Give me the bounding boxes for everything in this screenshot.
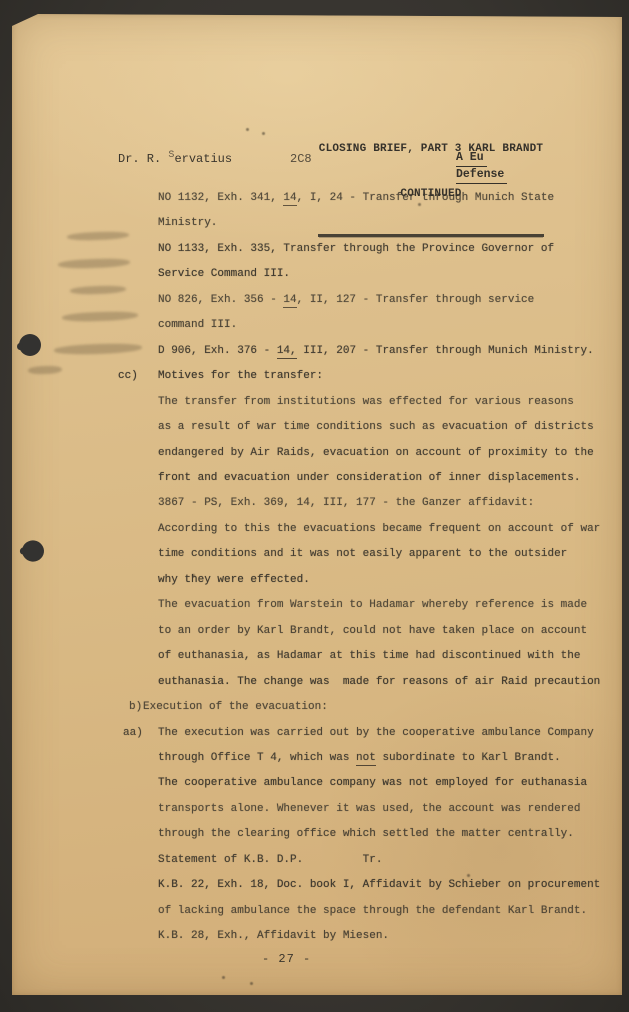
line-text: through Office T 4, which was not subord… [158,752,561,766]
line-text: Execution of the evacuation: [143,701,328,713]
body-line: command III. [12,313,622,338]
line-text: why they were effected. [158,574,310,586]
body-line: front and evacuation under consideration… [12,466,622,491]
line-text: endangered by Air Raids, evacuation on a… [158,447,594,459]
line-text: According to this the evacuations became… [158,523,600,535]
body-line: transports alone. Whenever it was used, … [12,797,622,822]
body-line: NO 1133, Exh. 335, Transfer through the … [12,237,622,262]
line-text: through the clearing office which settle… [158,828,574,840]
list-item-label: aa) [123,721,143,746]
body-line: D 906, Exh. 376 - 14, III, 207 - Transfe… [12,339,622,364]
body-line: euthanasia. The change was made for reas… [12,670,622,695]
line-text: Ministry. [158,217,217,229]
line-text: The transfer from institutions was effec… [158,396,574,408]
line-text: D 906, Exh. 376 - 14, III, 207 - Transfe… [158,345,594,359]
body-line: Service Command III. [12,262,622,287]
body-line: aa)The execution was carried out by the … [12,721,622,746]
body-line: Ministry. [12,211,622,236]
underlined-text: 14, [277,345,297,359]
defense-stamp: A Eu Defense [456,151,507,185]
stamp-line-1: A Eu [456,151,487,167]
body-line: K.B. 22, Exh. 18, Doc. book I, Affidavit… [12,873,622,898]
body-line: as a result of war time conditions such … [12,415,622,440]
line-text: time conditions and it was not easily ap… [158,548,567,560]
line-text: The cooperative ambulance company was no… [158,777,587,789]
body-line: The cooperative ambulance company was no… [12,771,622,796]
line-text: Statement of K.B. D.P. Tr. [158,854,382,866]
line-text: of euthanasia, as Hadamar at this time h… [158,650,580,662]
body-line: NO 1132, Exh. 341, 14, I, 24 - Transfer … [12,186,622,211]
body-line: 3867 - PS, Exh. 369, 14, III, 177 - the … [12,491,622,516]
footer-page-number: - 27 - [262,952,311,966]
body-line: K.B. 28, Exh., Affidavit by Miesen. [12,924,622,949]
author-name: Dr. R. Servatius [118,152,232,166]
line-text: transports alone. Whenever it was used, … [158,803,580,815]
ink-speck [222,976,225,979]
line-text: NO 1132, Exh. 341, 14, I, 24 - Transfer … [158,192,554,206]
body-line: The evacuation from Warstein to Hadamar … [12,593,622,618]
line-text: K.B. 28, Exh., Affidavit by Miesen. [158,930,389,942]
list-item-label: b) [129,695,142,720]
body-line: why they were effected. [12,568,622,593]
line-text: NO 826, Exh. 356 - 14, II, 127 - Transfe… [158,294,534,308]
ink-speck [246,128,249,131]
body-line: endangered by Air Raids, evacuation on a… [12,441,622,466]
document-body: NO 1132, Exh. 341, 14, I, 24 - Transfer … [12,186,622,950]
body-line: of euthanasia, as Hadamar at this time h… [12,644,622,669]
body-line: through the clearing office which settle… [12,822,622,847]
scan-background: CLOSING BRIEF, PART 3 KARL BRANDT CONTIN… [0,0,629,1012]
line-text: NO 1133, Exh. 335, Transfer through the … [158,243,554,255]
line-text: euthanasia. The change was made for reas… [158,676,600,688]
author-raised-letter: S [168,150,174,161]
body-line: of lacking ambulance the space through t… [12,899,622,924]
line-text: front and evacuation under consideration… [158,472,580,484]
body-line: NO 826, Exh. 356 - 14, II, 127 - Transfe… [12,288,622,313]
page-reference: 2C8 [290,152,312,166]
body-line: to an order by Karl Brandt, could not ha… [12,619,622,644]
author-prefix: Dr. R. [118,152,168,166]
line-text: command III. [158,319,237,331]
line-text: 3867 - PS, Exh. 369, 14, III, 177 - the … [158,497,534,509]
stamp-line-2: Defense [456,168,507,184]
body-line: According to this the evacuations became… [12,517,622,542]
body-line: b)Execution of the evacuation: [12,695,622,720]
ink-speck [262,132,265,135]
line-text: Service Command III. [158,268,290,280]
author-rest: ervatius [174,152,232,166]
line-text: to an order by Karl Brandt, could not ha… [158,625,587,637]
underlined-text: 14 [283,294,296,308]
line-text: as a result of war time conditions such … [158,421,594,433]
body-line: The transfer from institutions was effec… [12,390,622,415]
line-text: K.B. 22, Exh. 18, Doc. book I, Affidavit… [158,879,600,891]
body-line: cc)Motives for the transfer: [12,364,622,389]
line-text: Motives for the transfer: [158,370,323,382]
title-line-1: CLOSING BRIEF, PART 3 KARL BRANDT [318,142,544,157]
underlined-text: 14 [283,192,296,206]
line-text: The execution was carried out by the coo… [158,727,594,739]
body-line: Statement of K.B. D.P. Tr. [12,848,622,873]
body-line: through Office T 4, which was not subord… [12,746,622,771]
line-text: The evacuation from Warstein to Hadamar … [158,599,587,611]
underlined-text: not [356,752,376,766]
list-item-label: cc) [118,364,138,389]
ink-speck [250,982,253,985]
document-page: CLOSING BRIEF, PART 3 KARL BRANDT CONTIN… [12,14,622,995]
body-line: time conditions and it was not easily ap… [12,542,622,567]
line-text: of lacking ambulance the space through t… [158,905,587,917]
